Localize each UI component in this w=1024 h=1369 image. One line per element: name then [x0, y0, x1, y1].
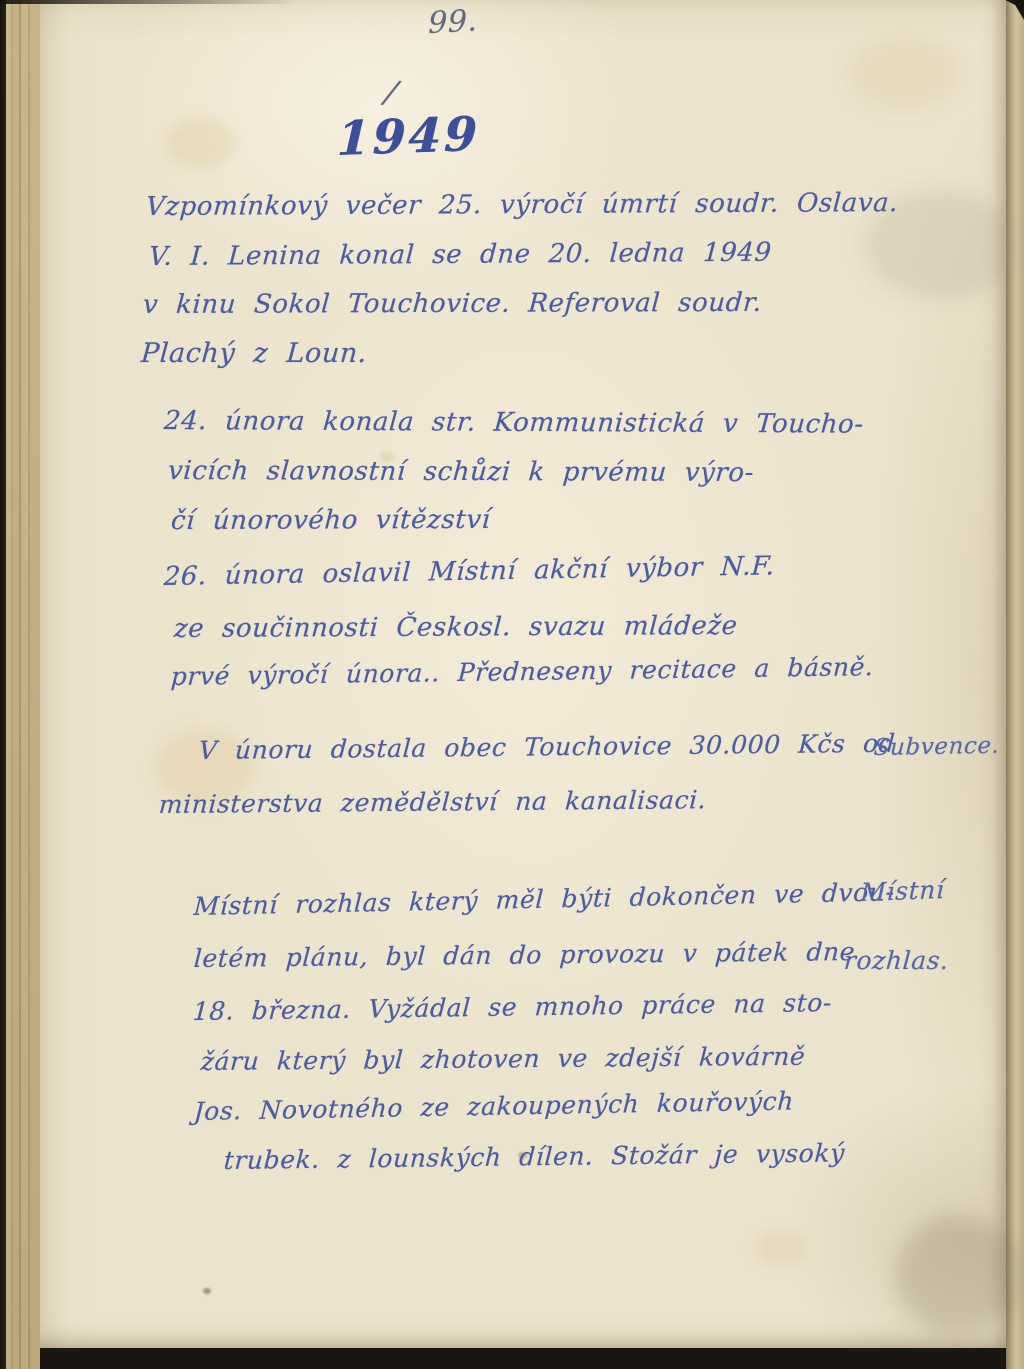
year-heading: 1949 [336, 107, 481, 167]
text-line: čí únorového vítězství [170, 505, 492, 536]
text-line: Plachý z Loun. [140, 338, 368, 369]
text-line: v kinu Sokol Touchovice. Referoval soudr… [142, 288, 763, 320]
text-line: ministerstva zemědělství na kanalisaci. [158, 785, 707, 819]
page-number: 99. [428, 3, 478, 41]
text-line: 24. února konala str. Kommunistická v To… [163, 406, 865, 440]
text-line: ze součinnosti Českosl. svazu mládeže [173, 611, 739, 644]
scanned-chronicle-page: 99. / 1949 Vzpomínkový večer 25. výročí … [0, 0, 1024, 1369]
binding-page-edges [6, 0, 40, 1369]
margin-note-rozhlas: rozhlas. [843, 946, 950, 975]
text-line: vicích slavnostní schůzi k prvému výro- [167, 456, 755, 488]
text-line: V. I. Lenina konal se dne 20. ledna 1949 [148, 238, 773, 272]
text-line: Vzpomínkový večer 25. výročí úmrtí soudr… [145, 188, 899, 222]
right-page-curve [1006, 0, 1024, 1369]
text-line: žáru který byl zhotoven ve zdejší kovárn… [200, 1042, 806, 1076]
scan-top-edge [0, 0, 300, 4]
bottom-page-stack-edges [0, 1341, 1024, 1369]
margin-note-subvence: Subvence. [873, 733, 1000, 761]
margin-note-mistni: Místní [860, 875, 945, 907]
